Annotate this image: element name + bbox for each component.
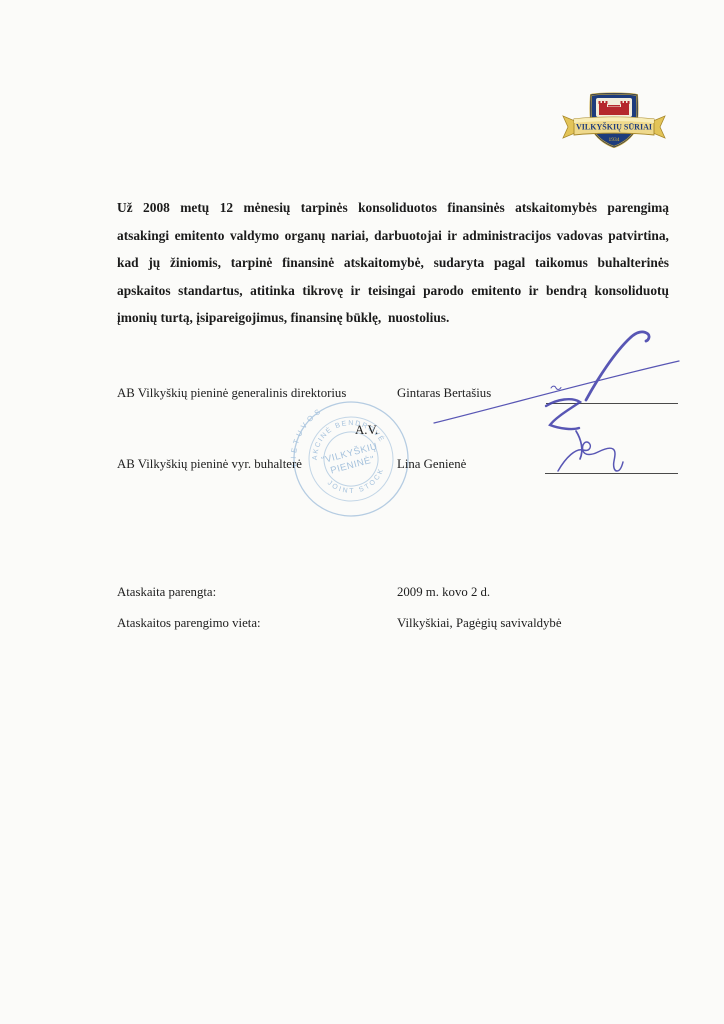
statement-word: emitento (471, 277, 521, 305)
statement-word: darbuotojai (374, 222, 442, 250)
accountant-name: Lina Genienė (397, 457, 466, 472)
statement-word: buhalterinės (598, 249, 669, 277)
statement-line: kadjųžiniomis,tarpinėfinansinėatskaitomy… (117, 249, 669, 277)
statement-word: patvirtina, (608, 222, 669, 250)
statement-word: konsoliduotų (595, 277, 669, 305)
statement-word: atskaitomybės (515, 194, 597, 222)
statement-word: finansinė (282, 249, 334, 277)
accountant-signature-descender (576, 431, 582, 459)
director-signature-mark (551, 386, 561, 389)
statement-paragraph: Už2008metų12mėnesiųtarpinėskonsoliduotos… (117, 194, 669, 332)
statement-word: mėnesių (244, 194, 291, 222)
statement-word: konsoliduotos (358, 194, 437, 222)
company-crest-logo: VILKYŠKIŲ SŪRIAI 1934 (562, 90, 666, 150)
statement-word: Už (117, 194, 133, 222)
statement-word: organų (285, 222, 326, 250)
accountant-role-label: AB Vilkyškių pieninė vyr. buhalterė (117, 457, 302, 472)
statement-line: apskaitosstandartus,atitinkatikrovęirtei… (117, 277, 669, 305)
statement-word: atitinka (250, 277, 295, 305)
statement-line: Už2008metų12mėnesiųtarpinėskonsoliduotos… (117, 194, 669, 222)
statement-word: kad (117, 249, 139, 277)
statement-word: ir (529, 277, 539, 305)
statement-word: emitento (175, 222, 225, 250)
statement-word: ir (351, 277, 361, 305)
statement-word: pagal (494, 249, 525, 277)
director-role-label: AB Vilkyškių pieninė generalinis direkto… (117, 386, 346, 401)
statement-word: tarpinė (231, 249, 273, 277)
statement-word: valdymo (230, 222, 279, 250)
statement-word: administracijos (463, 222, 552, 250)
statement-word: vadovas (557, 222, 603, 250)
statement-word: tarpinės (301, 194, 348, 222)
statement-word: standartus, (178, 277, 242, 305)
statement-word: taikomus (535, 249, 588, 277)
statement-word: finansinės (447, 194, 504, 222)
statement-line: atsakingiemitentovaldymoorganųnariai,dar… (117, 222, 669, 250)
report-date-label: Ataskaita parengta: (117, 585, 216, 600)
scanned-document-page: VILKYŠKIŲ SŪRIAI 1934 Už2008metų12mėnesi… (0, 0, 724, 1024)
crest-banner-text: VILKYŠKIŲ SŪRIAI (576, 122, 652, 132)
report-place-value: Vilkyškiai, Pagėgių savivaldybė (397, 616, 562, 631)
statement-word: 2008 (143, 194, 170, 222)
statement-word: jų (148, 249, 160, 277)
statement-word: nariai, (331, 222, 369, 250)
director-signature-flourish (586, 332, 649, 400)
statement-line: įmonių turtą, įsipareigojimus, finansinę… (117, 304, 669, 332)
statement-word: atsakingi (117, 222, 169, 250)
accountant-signature-line (545, 473, 678, 474)
statement-word: 12 (220, 194, 233, 222)
director-name: Gintaras Bertašius (397, 386, 491, 401)
statement-word: žiniomis, (170, 249, 221, 277)
crest-year: 1934 (609, 137, 620, 143)
statement-word: bendrą (546, 277, 587, 305)
statement-word: tikrovę (302, 277, 343, 305)
report-date-value: 2009 m. kovo 2 d. (397, 585, 490, 600)
statement-word: metų (180, 194, 209, 222)
seal-placeholder-note: A.V. (355, 423, 378, 438)
statement-word: atskaitomybė, (344, 249, 424, 277)
statement-word: sudaryta (434, 249, 485, 277)
accountant-signature-loops (558, 442, 623, 471)
statement-word: parodo (423, 277, 464, 305)
statement-word: parengimą (607, 194, 669, 222)
statement-word: ir (447, 222, 457, 250)
statement-word: apskaitos (117, 277, 171, 305)
report-place-label: Ataskaitos parengimo vieta: (117, 616, 261, 631)
director-signature-line (546, 403, 678, 404)
statement-word: teisingai (368, 277, 416, 305)
